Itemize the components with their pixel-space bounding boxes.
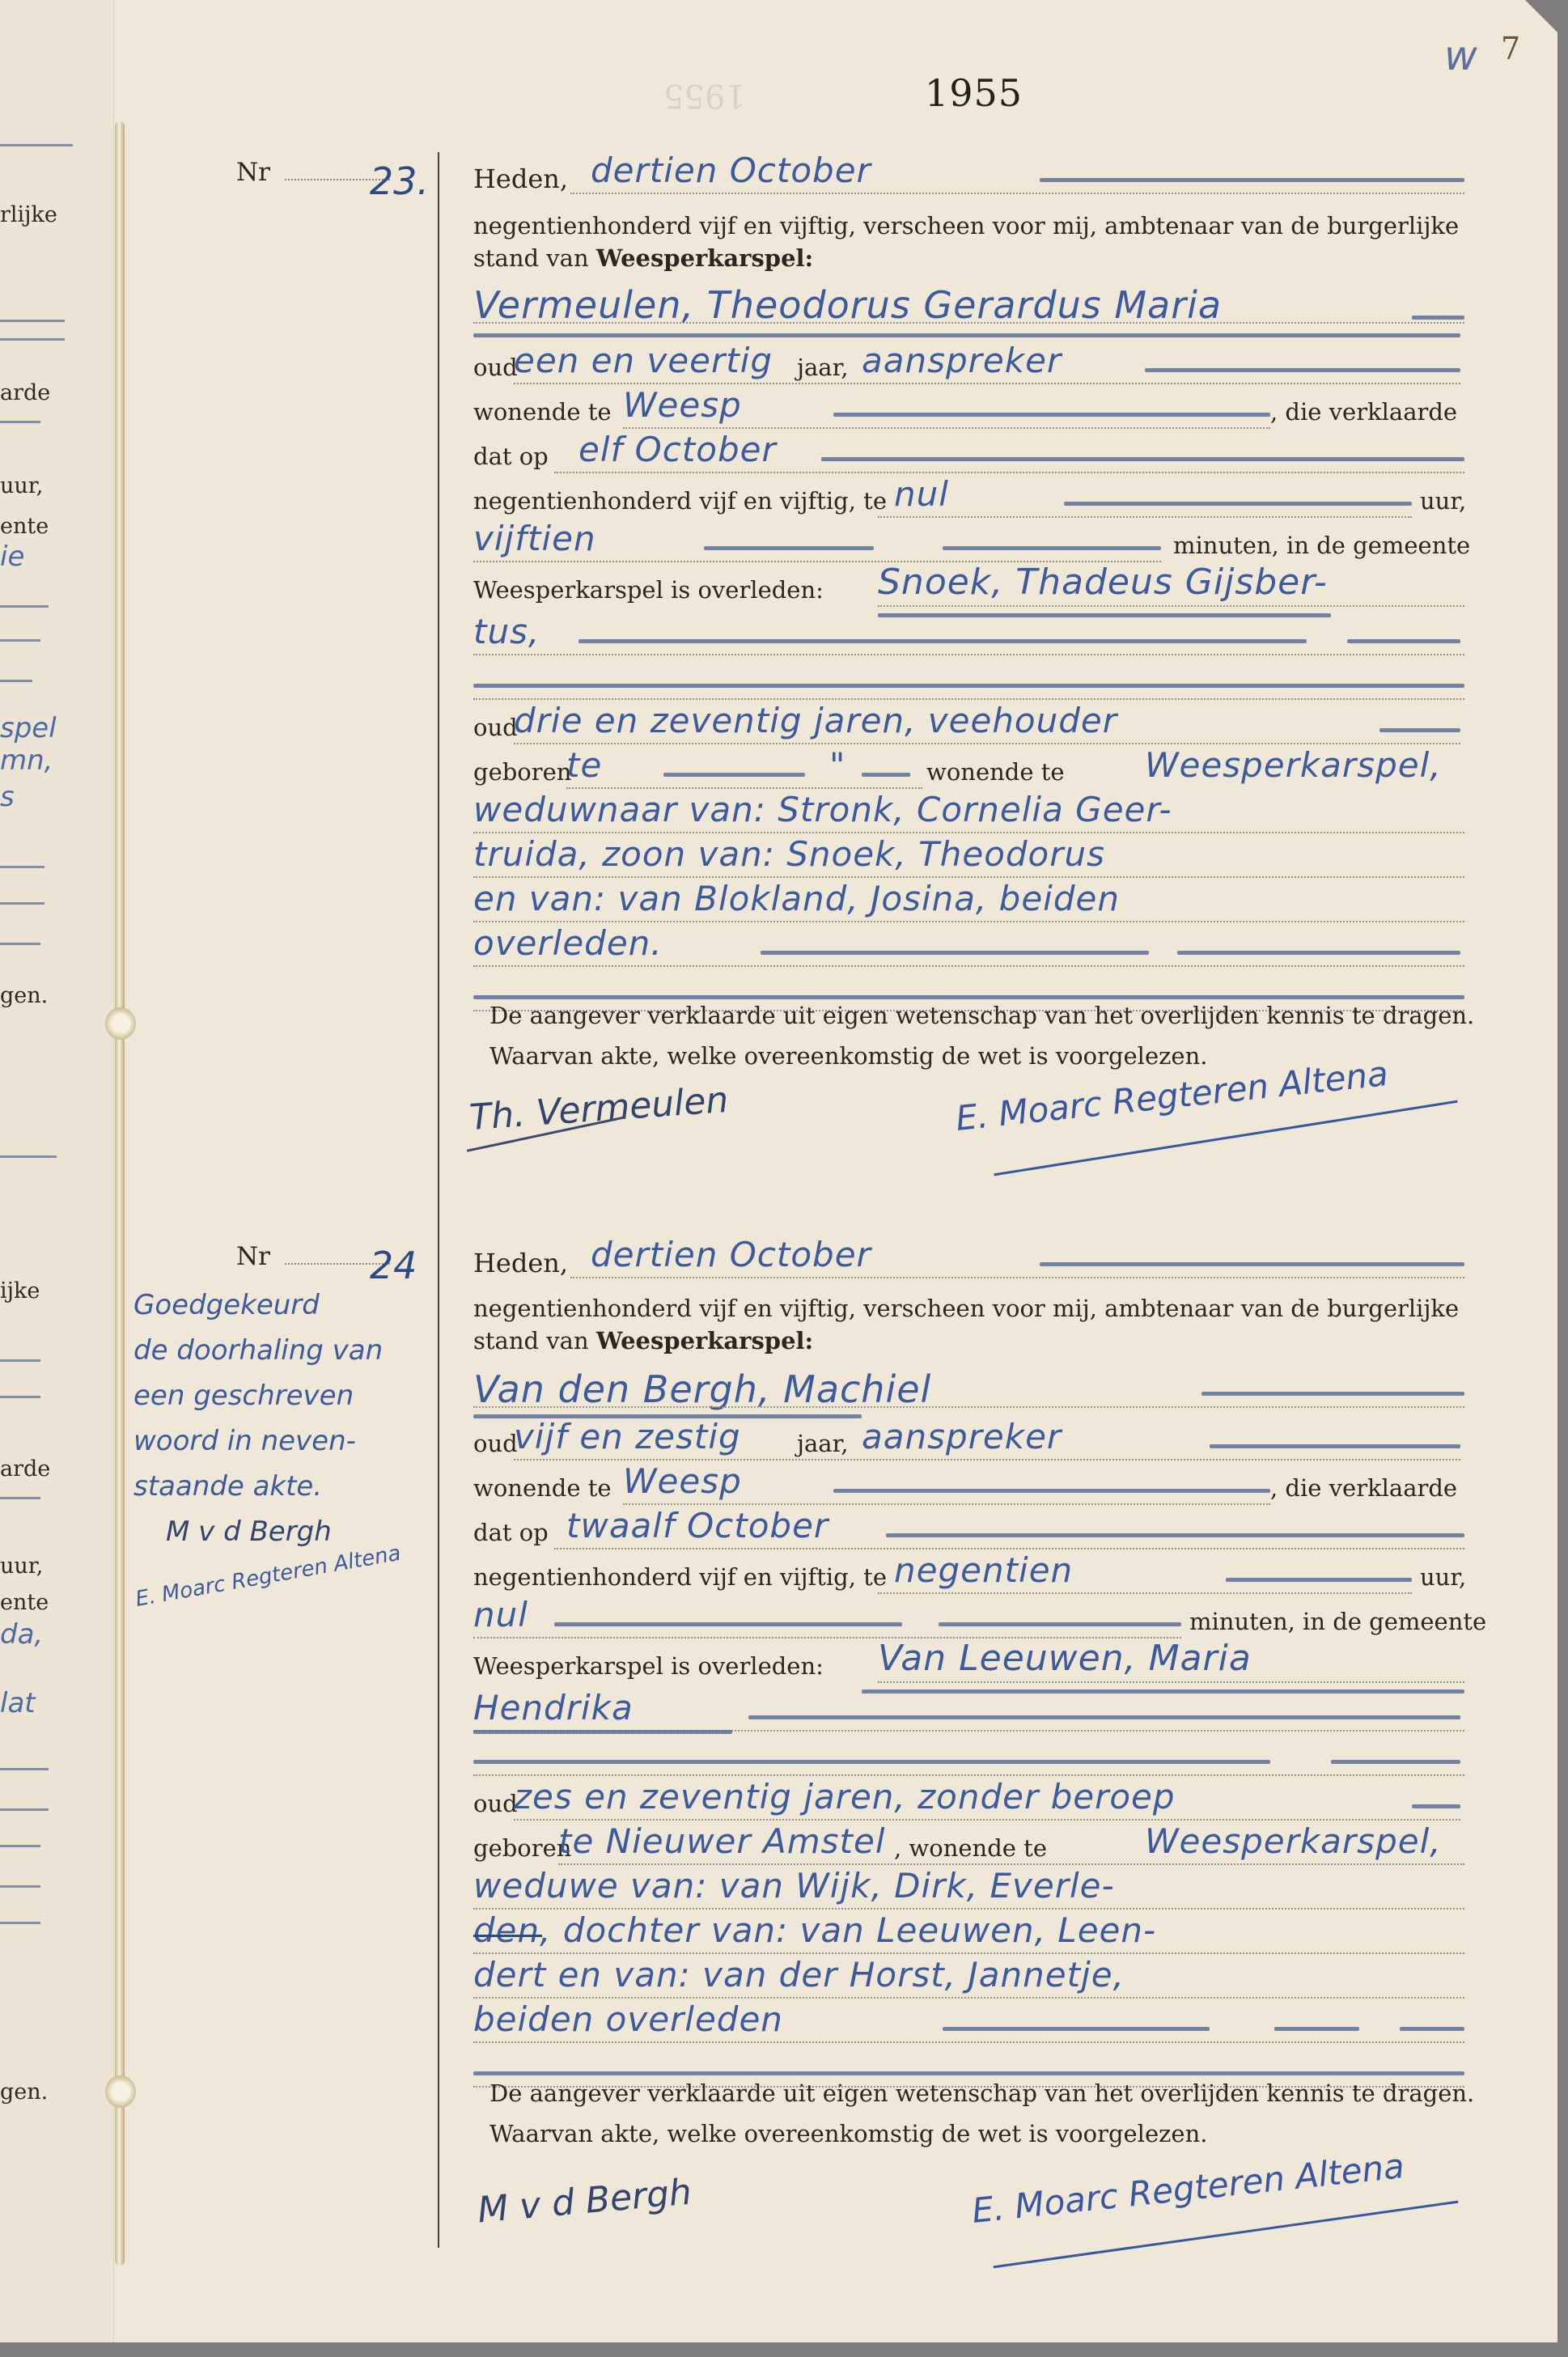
relation-line: en van: van Blokland, Josina, beiden [473, 882, 1468, 927]
strikethrough-mark [473, 1935, 542, 1937]
pen-line [0, 1155, 57, 1158]
prev-word: gen. [0, 983, 48, 1008]
declarant-name: Vermeulen, Theodorus Gerardus Maria [473, 283, 1222, 327]
pen-line [0, 902, 44, 905]
deceased-residence: Weesperkarspel, [1145, 1821, 1442, 1861]
registration-date: dertien October [591, 150, 871, 190]
deceased-birthplace: te Nieuwer Amstel [558, 1821, 886, 1861]
deceased-name-cont: tus, [473, 612, 540, 651]
binding-knot [105, 2075, 136, 2108]
relation-line: weduwe van: van Wijk, Dirk, Everle- [473, 1869, 1468, 1914]
entry-number-24: Nr 24 [236, 1242, 390, 1271]
death-date: elf October [578, 430, 777, 469]
death-hour-line: negentienhonderd vijf en vijftig, te neg… [473, 1554, 1468, 1599]
prev-word: ijke [0, 1278, 40, 1304]
declarant-occupation: aanspreker [862, 1417, 1062, 1456]
bleed-through-year: 1955 [663, 77, 746, 114]
pen-line [0, 1845, 40, 1847]
declarant-residence-line: wonende te Weesp , die verklaarde [473, 388, 1468, 434]
deceased-age-line: oud drie en zeventig jaren, veehouder [473, 704, 1468, 749]
pen-line [0, 866, 44, 868]
prev-word: ente [0, 1590, 49, 1615]
pen-line [0, 421, 40, 423]
pen-line [0, 639, 40, 642]
previous-page-edge: rlijke arde uur, ente ie spel mn, s gen.… [0, 0, 114, 2342]
declarant-age-line: oud een en veertig jaar, aanspreker [473, 344, 1468, 389]
death-hour: negentien [894, 1550, 1073, 1590]
declarant-name-line: Vermeulen, Theodorus Gerardus Maria [473, 283, 1468, 329]
declarant-residence: Weesp [623, 1461, 742, 1501]
closing-statement: De aangever verklaarde uit eigen wetensc… [473, 2079, 1468, 2125]
register-sheet: rlijke arde uur, ente ie spel mn, s gen.… [0, 0, 1557, 2342]
entry-number-value: 24 [370, 1244, 417, 1287]
prev-handwriting: spel [0, 712, 57, 744]
deceased-name-cont-line: tus, [473, 615, 1468, 660]
folio-handwritten-mark: w [1444, 32, 1477, 79]
relation-line: overleden. [473, 926, 1468, 972]
deceased-name-line: Weesperkarspel is overleden: Snoek, Thad… [473, 566, 1468, 612]
deceased-name-cont-line: Hendrika [473, 1691, 1468, 1736]
signature-declarant: Th. Vermeulen [468, 1079, 730, 1138]
folio-number: 7 [1501, 31, 1520, 66]
prev-handwriting: lat [0, 1687, 36, 1719]
declarant-name-line: Van den Bergh, Machiel [473, 1367, 1468, 1413]
pen-line [0, 1768, 49, 1770]
prev-handwriting: mn, [0, 744, 53, 777]
declarant-name: Van den Bergh, Machiel [473, 1367, 931, 1411]
death-minutes: nul [473, 1595, 528, 1634]
blank-line [473, 1736, 1468, 1781]
registration-date: dertien October [591, 1235, 871, 1274]
deceased-name-line: Weesperkarspel is overleden: Van Leeuwen… [473, 1643, 1468, 1688]
nr-label: Nr [236, 1242, 270, 1271]
pen-line [0, 1808, 49, 1811]
death-date-line: dat op twaalf October [473, 1509, 1468, 1554]
pen-line [0, 1359, 40, 1362]
prev-handwriting: da, [0, 1618, 43, 1651]
prev-word: uur, [0, 473, 43, 498]
death-hour: nul [894, 474, 949, 514]
scan-background [1557, 0, 1568, 2357]
municipality: Weesperkarspel: [596, 1327, 813, 1354]
prev-word: arde [0, 380, 50, 405]
declarant-residence-line: wonende te Weesp , die verklaarde [473, 1465, 1468, 1510]
relation-line: den, dochter van: van Leeuwen, Leen- [473, 1914, 1468, 1959]
pen-line [0, 1497, 40, 1499]
prev-handwriting: ie [0, 540, 24, 573]
pen-line [0, 1396, 40, 1398]
prev-word: ente [0, 514, 49, 539]
prev-word: arde [0, 1456, 50, 1482]
pen-line [0, 144, 73, 146]
death-minutes: vijftien [473, 519, 596, 558]
death-minutes-line: nul minuten, in de gemeente [473, 1598, 1468, 1643]
death-hour-line: negentienhonderd vijf en vijftig, te nul… [473, 477, 1468, 523]
declarant-age: een en veertig [514, 341, 773, 380]
prev-word: rlijke [0, 202, 57, 227]
deceased-birth-line: geboren te Nieuwer Amstel , wonende te W… [473, 1825, 1468, 1870]
margin-approval-note: Goedgekeurd de doorhaling van een geschr… [133, 1282, 433, 1596]
entry-number-value: 23. [370, 159, 429, 203]
declarant-residence: Weesp [623, 385, 742, 425]
deceased-name-cont: Hendrika [473, 1688, 634, 1727]
deceased-age-line: oud zes en zeventig jaren, zonder beroep [473, 1780, 1468, 1825]
stand-line: stand van Weesperkarspel: [473, 1327, 1468, 1372]
heden-label: Heden, [473, 163, 568, 194]
relation-line: truida, zoon van: Snoek, Theodorus [473, 837, 1468, 883]
deceased-age-occupation: drie en zeventig jaren, veehouder [514, 701, 1117, 740]
pen-line [0, 320, 65, 322]
pen-line [0, 1885, 40, 1888]
relation-line: beiden overleden [473, 2003, 1468, 2048]
death-date-line: dat op elf October [473, 433, 1468, 478]
pen-line [0, 680, 32, 682]
blank-line [473, 659, 1468, 705]
prev-word: uur, [0, 1554, 43, 1579]
scan-background [0, 2342, 1568, 2357]
heden-line: Heden, dertien October [473, 154, 1468, 199]
death-date: twaalf October [566, 1506, 828, 1545]
declarant-occupation: aanspreker [862, 341, 1062, 380]
deceased-residence: Weesperkarspel, [1145, 745, 1442, 785]
deceased-age-occupation: zes en zeventig jaren, zonder beroep [514, 1777, 1176, 1817]
deceased-name: Van Leeuwen, Maria [878, 1638, 1252, 1679]
prev-handwriting: s [0, 781, 15, 813]
pen-line [0, 943, 40, 945]
closing-statement: De aangever verklaarde uit eigen wetensc… [473, 1002, 1468, 1047]
relation-line: weduwnaar van: Stronk, Cornelia Geer- [473, 793, 1468, 838]
pen-line [0, 1922, 40, 1924]
declarant-age-line: oud vijf en zestig jaar, aanspreker [473, 1420, 1468, 1465]
pen-line [0, 338, 65, 341]
signature-declarant: M v d Bergh [476, 2172, 693, 2232]
deceased-name: Snoek, Thadeus Gijsber- [878, 562, 1328, 603]
binding-knot [105, 1007, 136, 1040]
entry-number-23: Nr 23. [236, 158, 390, 187]
column-divider [438, 152, 439, 2248]
binding-thread [115, 121, 125, 2266]
pen-line [0, 605, 49, 608]
death-minutes-line: vijftien minuten, in de gemeente [473, 522, 1468, 567]
deceased-birthplace: te [566, 745, 602, 785]
declarant-age: vijf en zestig [514, 1417, 741, 1456]
municipality: Weesperkarspel: [596, 244, 813, 272]
page-year: 1955 [925, 71, 1023, 115]
deceased-birth-line: geboren te " wonende te Weesperkarspel, [473, 748, 1468, 794]
relation-line: dert en van: van der Horst, Jannetje, [473, 1958, 1468, 2003]
heden-line: Heden, dertien October [473, 1238, 1468, 1283]
nr-label: Nr [236, 158, 270, 187]
prev-word: gen. [0, 2079, 48, 2105]
